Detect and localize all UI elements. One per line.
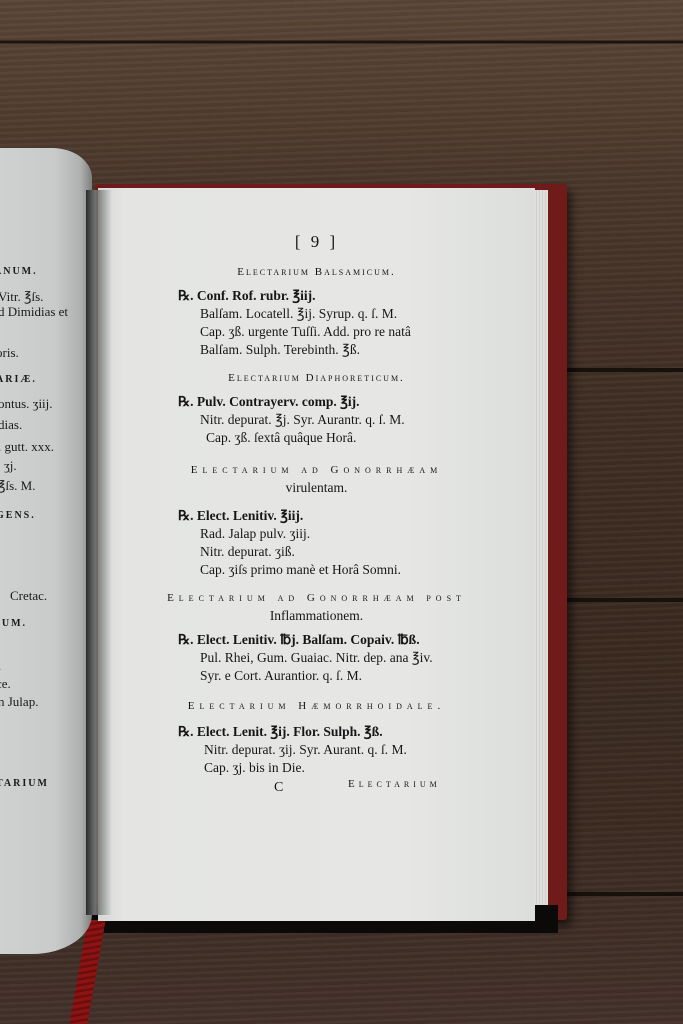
- left-line: d Dimidias et: [0, 304, 68, 320]
- left-line: n Julap.: [0, 694, 38, 710]
- left-line: oris.: [0, 345, 19, 361]
- left-line: ʒj.: [4, 458, 17, 474]
- recipe-line: ℞. Pulv. Contrayerv. comp. ℥ij.: [178, 394, 360, 410]
- recipe-line: Pul. Rhei, Gum. Guaiac. Nitr. dep. ana ℥…: [200, 650, 433, 666]
- left-line: ARIÆ.: [0, 374, 37, 385]
- recipe-line: ℞. Elect. Lenit. ℥ij. Flor. Sulph. ℥ß.: [178, 724, 383, 740]
- recipe-line: Rad. Jalap pulv. ʒiij.: [200, 526, 310, 542]
- left-line: ce.: [0, 676, 11, 692]
- recipe-line: Cap. ʒiſs primo manè et Horâ Somni.: [200, 562, 401, 578]
- gutter-shadow: [86, 190, 112, 915]
- recipe-line: Balſam. Locatell. ℥ij. Syrup. q. ſ. M.: [200, 306, 397, 322]
- recipe-line: Nitr. depurat. ʒiß.: [200, 544, 295, 560]
- right-page: [ 9 ] Electarium Balsamicum. ℞. Conf. Ro…: [98, 188, 535, 921]
- recipe-line: Balſam. Sulph. Terebinth. ℥ß.: [200, 342, 360, 358]
- left-line: Cretac.: [10, 588, 47, 604]
- left-line: . gutt. xxx.: [0, 439, 54, 455]
- section-subheading: virulentam.: [98, 480, 535, 496]
- left-line: ℥ſs. M.: [0, 478, 36, 494]
- section-heading: Electarium ad Gonorrhæam: [98, 464, 535, 476]
- section-heading: Electarium Hæmorrhoidale.: [98, 700, 535, 712]
- signature-mark: C: [274, 780, 283, 796]
- left-line: ANUM.: [0, 266, 38, 277]
- page-number: [ 9 ]: [98, 232, 535, 252]
- section-heading: Electarium Diaphoreticum.: [98, 372, 535, 384]
- recipe-line: Nitr. depurat. ʒij. Syr. Aurant. q. ſ. M…: [204, 742, 407, 758]
- left-line: Vitr. ℥ſs.: [0, 289, 43, 305]
- recipe-line: Nitr. depurat. ℥j. Syr. Aurantr. q. ſ. M…: [200, 412, 405, 428]
- left-page: ANUM. Vitr. ℥ſs. d Dimidias et oris. ARI…: [0, 148, 92, 954]
- recipe-line: Cap. ʒj. bis in Die.: [204, 760, 305, 776]
- left-page-text: ANUM. Vitr. ℥ſs. d Dimidias et oris. ARI…: [0, 148, 92, 954]
- left-line: dias.: [0, 417, 22, 433]
- left-line: GENS.: [0, 510, 36, 521]
- section-heading: Electarium Balsamicum.: [98, 266, 535, 278]
- recipe-line: ℞. Elect. Lenitiv. ℔j. Balſam. Copaiv. ℔…: [178, 632, 420, 648]
- left-line: IUM.: [0, 618, 27, 629]
- recipe-line: Cap. ʒß. urgente Tuſſi. Add. pro re natâ: [200, 324, 411, 340]
- section-subheading: Inflammationem.: [98, 608, 535, 624]
- section-heading: Electarium ad Gonorrhæam poſt: [98, 592, 535, 604]
- left-line: .: [0, 658, 1, 674]
- recipe-line: ℞. Conf. Rof. rubr. ℥iij.: [178, 288, 316, 304]
- left-line: ontus. ʒiij.: [0, 396, 53, 412]
- recipe-line: Syr. e Cort. Aurantior. q. ſ. M.: [200, 668, 362, 684]
- left-line: TARIUM: [0, 778, 49, 789]
- catchword: Electarium: [348, 778, 441, 790]
- recipe-line: Cap. ʒß. ſextâ quâque Horâ.: [206, 430, 356, 446]
- recipe-line: ℞. Elect. Lenitiv. ℥iij.: [178, 508, 303, 524]
